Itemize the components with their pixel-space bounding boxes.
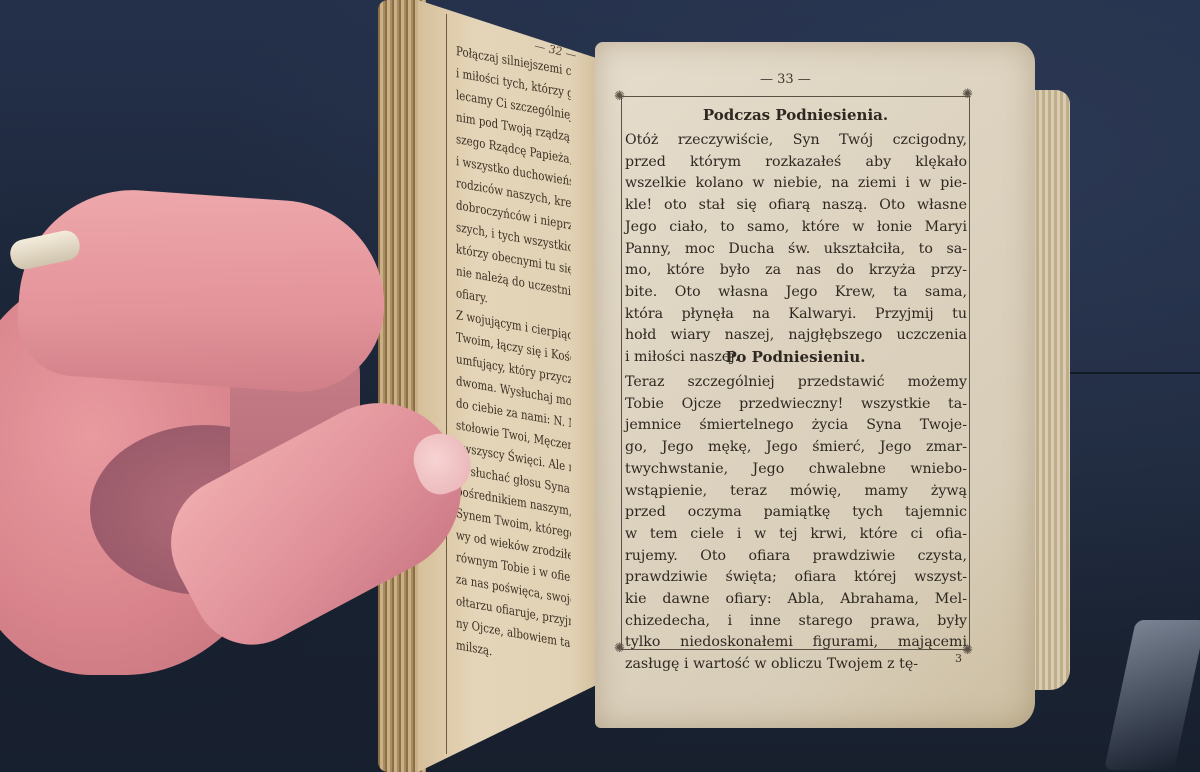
text-line: chizedecha, i inne starego prawa, były [625, 611, 967, 633]
heading-podczas-podniesienia: Podczas Podniesienia. [621, 106, 970, 124]
text-line: Tobie Ojcze przedwieczny! wszystkie ta- [625, 394, 967, 416]
text-line: tylko niedoskonałemi figurami, mającemi [625, 632, 967, 654]
text-line: kie dawne ofiary: Abla, Abrahama, Mel- [625, 589, 967, 611]
plank-seam [1060, 372, 1200, 374]
text-line: w tem ciele i w tej krwi, które ci ofia- [625, 524, 967, 546]
paragraph-2: Teraz szczególniej przedstawić możemyTob… [625, 372, 967, 676]
ornament-star-icon: ✺ [962, 88, 973, 101]
text-line: przed którym rozkazałeś aby klękało [625, 152, 967, 174]
text-line: wszelkie kolano w niebie, na ziemi i w p… [625, 173, 967, 195]
paragraph-1: Otóż rzeczywiście, Syn Twój czcigodny,pr… [625, 130, 967, 369]
text-line: Jego ciało, to samo, które w łonie Maryi [625, 217, 967, 239]
text-line: go, Jego mękę, Jego śmierć, Jego zmar- [625, 437, 967, 459]
page-edges-right [1030, 90, 1070, 690]
left-page-text: Połączaj silniejszemi coraz węzłamii mił… [456, 40, 571, 676]
text-line: prawdziwie święta; ofiara której wszyst- [625, 567, 967, 589]
ornament-star-icon: ✺ [614, 642, 625, 655]
light-glare [1104, 620, 1200, 770]
text-line: mo, które było za nas do krzyża przy- [625, 260, 967, 282]
ornament-star-icon: ✺ [614, 90, 625, 103]
text-line: kle! oto stał się ofiarą naszą. Oto włas… [625, 195, 967, 217]
text-line: Otóż rzeczywiście, Syn Twój czcigodny, [625, 130, 967, 152]
right-page-number: — 33 — [760, 72, 811, 87]
text-line: jemnice śmiertelnego życia Syna Twoje- [625, 415, 967, 437]
text-line: Panny, moc Ducha św. ukształciła, to sa- [625, 239, 967, 261]
text-line: przed oczyma pamiątkę tych tajemnic [625, 502, 967, 524]
text-line: zasługę i wartość w obliczu Twojem z tę- [625, 654, 967, 676]
index-finger [14, 183, 391, 398]
signature-mark: 3 [955, 652, 962, 665]
hand [0, 195, 470, 655]
text-line: która płynęła na Kalwaryi. Przyjmij tu [625, 304, 967, 326]
text-line: twychwstanie, Jego chwalebne wniebo- [625, 459, 967, 481]
text-line: rujemy. Oto ofiara prawdziwie czysta, [625, 546, 967, 568]
text-line: hołd wiary naszej, najgłębszego uczczeni… [625, 325, 967, 347]
text-line: Teraz szczególniej przedstawić możemy [625, 372, 967, 394]
heading-po-podniesieniu: Po Podniesieniu. [621, 348, 970, 366]
text-line: bite. Oto własna Jego Krew, ta sama, [625, 282, 967, 304]
text-line: wstąpienie, teraz mówię, mamy żywą [625, 481, 967, 503]
